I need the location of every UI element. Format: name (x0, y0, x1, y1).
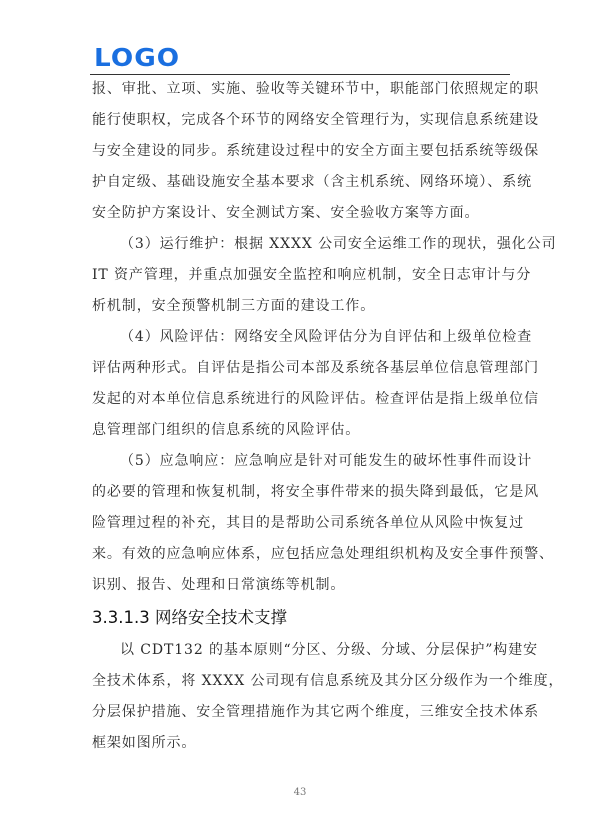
text-line: 框架如图所示。 (92, 728, 512, 759)
text-line: （4）风险评估：网络安全风险评估分为自评估和上级单位检查 (92, 322, 512, 353)
paragraph-tech-support: 以 CDT132 的基本原则“分区、分级、分域、分层保护”构建安 全技术体系，将… (92, 635, 512, 759)
text-line: 险管理过程的补充，其目的是帮助公司系统各单位从风险中恢复过 (92, 508, 512, 539)
text-line: 评估两种形式。自评估是指公司本部及系统各基层单位信息管理部门 (92, 353, 512, 384)
text-line: （5）应急响应：应急响应是针对可能发生的破坏性事件而设计 (92, 446, 512, 477)
text-line: 的必要的管理和恢复机制，将安全事件带来的损失降到最低，它是风 (92, 477, 512, 508)
text-line: 息管理部门组织的信息系统的风险评估。 (92, 415, 512, 446)
text-line: 护自定级、基础设施安全基本要求（含主机系统、网络环境）、系统 (92, 167, 512, 198)
page-number: 43 (0, 787, 600, 798)
text-line: 能行使职权，完成各个环节的网络安全管理行为，实现信息系统建设 (92, 105, 512, 136)
paragraph-operations: （3）运行维护：根据 XXXX 公司安全运维工作的现状，强化公司 IT 资产管理… (92, 229, 512, 322)
logo: LOGO (94, 46, 180, 70)
text-line: 报、审批、立项、实施、验收等关键环节中，职能部门依照规定的职 (92, 74, 512, 105)
text-line: 发起的对本单位信息系统进行的风险评估。检查评估是指上级单位信 (92, 384, 512, 415)
text-line: 以 CDT132 的基本原则“分区、分级、分域、分层保护”构建安 (92, 635, 512, 666)
paragraph-intro: 报、审批、立项、实施、验收等关键环节中，职能部门依照规定的职 能行使职权，完成各… (92, 74, 512, 229)
text-line: 析机制，安全预警机制三方面的建设工作。 (92, 291, 512, 322)
text-line: 全技术体系，将 XXXX 公司现有信息系统及其分区分级作为一个维度， (92, 666, 512, 697)
text-line: 来。有效的应急响应体系，应包括应急处理组织机构及安全事件预警、 (92, 539, 512, 570)
section-heading: 3.3.1.3 网络安全技术支撑 (92, 601, 512, 635)
text-line: 识别、报告、处理和日常演练等机制。 (92, 570, 512, 601)
paragraph-emergency-response: （5）应急响应：应急响应是针对可能发生的破坏性事件而设计 的必要的管理和恢复机制… (92, 446, 512, 601)
text-line: IT 资产管理，并重点加强安全监控和响应机制，安全日志审计与分 (92, 260, 512, 291)
page-header: LOGO (90, 44, 510, 75)
text-line: （3）运行维护：根据 XXXX 公司安全运维工作的现状，强化公司 (92, 229, 512, 260)
text-line: 分层保护措施、安全管理措施作为其它两个维度，三维安全技术体系 (92, 697, 512, 728)
text-line: 与安全建设的同步。系统建设过程中的安全方面主要包括系统等级保 (92, 136, 512, 167)
document-body: 报、审批、立项、实施、验收等关键环节中，职能部门依照规定的职 能行使职权，完成各… (92, 74, 512, 759)
document-page: LOGO 报、审批、立项、实施、验收等关键环节中，职能部门依照规定的职 能行使职… (0, 0, 600, 829)
text-line: 安全防护方案设计、安全测试方案、安全验收方案等方面。 (92, 198, 512, 229)
paragraph-risk-assessment: （4）风险评估：网络安全风险评估分为自评估和上级单位检查 评估两种形式。自评估是… (92, 322, 512, 446)
